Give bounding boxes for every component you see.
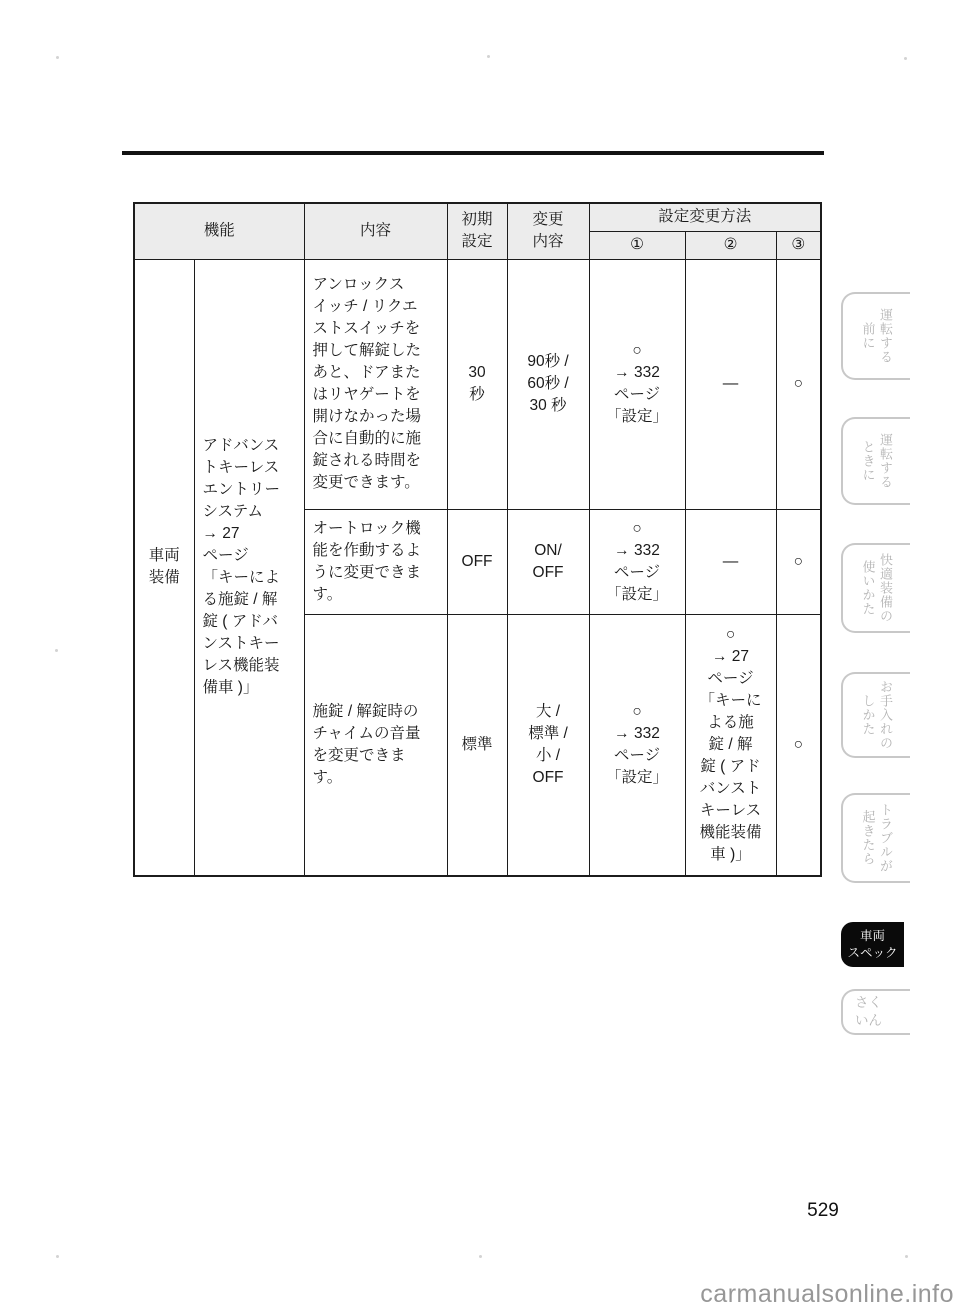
side-tab-before-driving: 運転する 前に xyxy=(841,292,910,380)
cell-content: アンロックス イッチ / リクエ ストスイッチを 押して解錠した あと、ドアまた… xyxy=(304,259,447,509)
cell-method-1: ○ → 332 ページ 「設定」 xyxy=(589,509,685,614)
cell-initial-setting: 標準 xyxy=(447,614,507,876)
cell-content: 施錠 / 解錠時の チャイムの音量 を変更できま す。 xyxy=(304,614,447,876)
cell-method-2: — xyxy=(685,259,776,509)
header-function: 機能 xyxy=(134,203,304,259)
cell-initial-setting: 30 秒 xyxy=(447,259,507,509)
scan-mark-dot xyxy=(904,57,907,60)
side-tab-label: 運転する 前に xyxy=(859,308,894,364)
scan-mark-dot xyxy=(479,1255,482,1258)
watermark-text: carmanualsonline.info xyxy=(700,1280,954,1309)
side-tab-troubleshooting: トラブルが 起きたら xyxy=(841,793,910,883)
cell-change-options: 大 / 標準 / 小 / OFF xyxy=(507,614,589,876)
cell-method-2: — xyxy=(685,509,776,614)
cell-method-1: ○ → 332 ページ 「設定」 xyxy=(589,259,685,509)
table-row: 車両 装備 アドバンス トキーレス エントリー システム → 27 ページ 「キ… xyxy=(134,259,821,509)
cell-content: オートロック機 能を作動するよ うに変更できま す。 xyxy=(304,509,447,614)
scan-mark-dot xyxy=(905,1255,908,1258)
scan-mark-dot xyxy=(55,649,58,652)
header-method-step-1: ① xyxy=(589,231,685,259)
header-change-content: 変更 内容 xyxy=(507,203,589,259)
side-tab-label: 車両 スペック xyxy=(847,928,897,961)
side-tab-maintenance: お手入れの しかた xyxy=(841,672,910,758)
side-tab-label: 快適装備の 使いかた xyxy=(859,553,894,623)
cell-method-3: ○ xyxy=(776,259,821,509)
cell-change-options: ON/ OFF xyxy=(507,509,589,614)
header-initial-setting: 初期 設定 xyxy=(447,203,507,259)
header-setting-change-method: 設定変更方法 xyxy=(589,203,821,231)
cell-change-options: 90秒 / 60秒 / 30 秒 xyxy=(507,259,589,509)
header-method-step-2: ② xyxy=(685,231,776,259)
settings-table: 機能 内容 初期 設定 変更 内容 設定変更方法 ① ② ③ 車両 装備 アドバ… xyxy=(133,202,822,877)
scan-mark-dot xyxy=(487,55,490,58)
header-method-step-3: ③ xyxy=(776,231,821,259)
header-content: 内容 xyxy=(304,203,447,259)
cell-method-3: ○ xyxy=(776,614,821,876)
manual-page: 機能 内容 初期 設定 変更 内容 設定変更方法 ① ② ③ 車両 装備 アドバ… xyxy=(0,0,960,1315)
side-tab-index: さく いん xyxy=(841,989,910,1035)
cell-method-2: ○ → 27 ページ 「キーに よる施 錠 / 解 錠 ( アド バンスト キー… xyxy=(685,614,776,876)
page-number: 529 xyxy=(793,1200,853,1222)
cell-method-3: ○ xyxy=(776,509,821,614)
section-divider-line xyxy=(122,151,824,155)
cell-method-1: ○ → 332 ページ 「設定」 xyxy=(589,614,685,876)
side-tab-vehicle-specs-active: 車両 スペック xyxy=(841,922,904,967)
side-tab-label: 運転する ときに xyxy=(859,433,894,489)
side-tab-label: さく いん xyxy=(855,994,882,1029)
cell-category-vehicle-equipment: 車両 装備 xyxy=(134,259,194,876)
side-tab-comfort-equipment: 快適装備の 使いかた xyxy=(841,543,910,633)
scan-mark-dot xyxy=(56,56,59,59)
side-tab-label: トラブルが 起きたら xyxy=(859,803,894,873)
cell-feature-advanced-keyless-entry: アドバンス トキーレス エントリー システム → 27 ページ 「キーによ る施… xyxy=(194,259,304,876)
side-tab-when-driving: 運転する ときに xyxy=(841,417,910,505)
scan-mark-dot xyxy=(56,1255,59,1258)
cell-initial-setting: OFF xyxy=(447,509,507,614)
side-tab-label: お手入れの しかた xyxy=(859,680,894,750)
